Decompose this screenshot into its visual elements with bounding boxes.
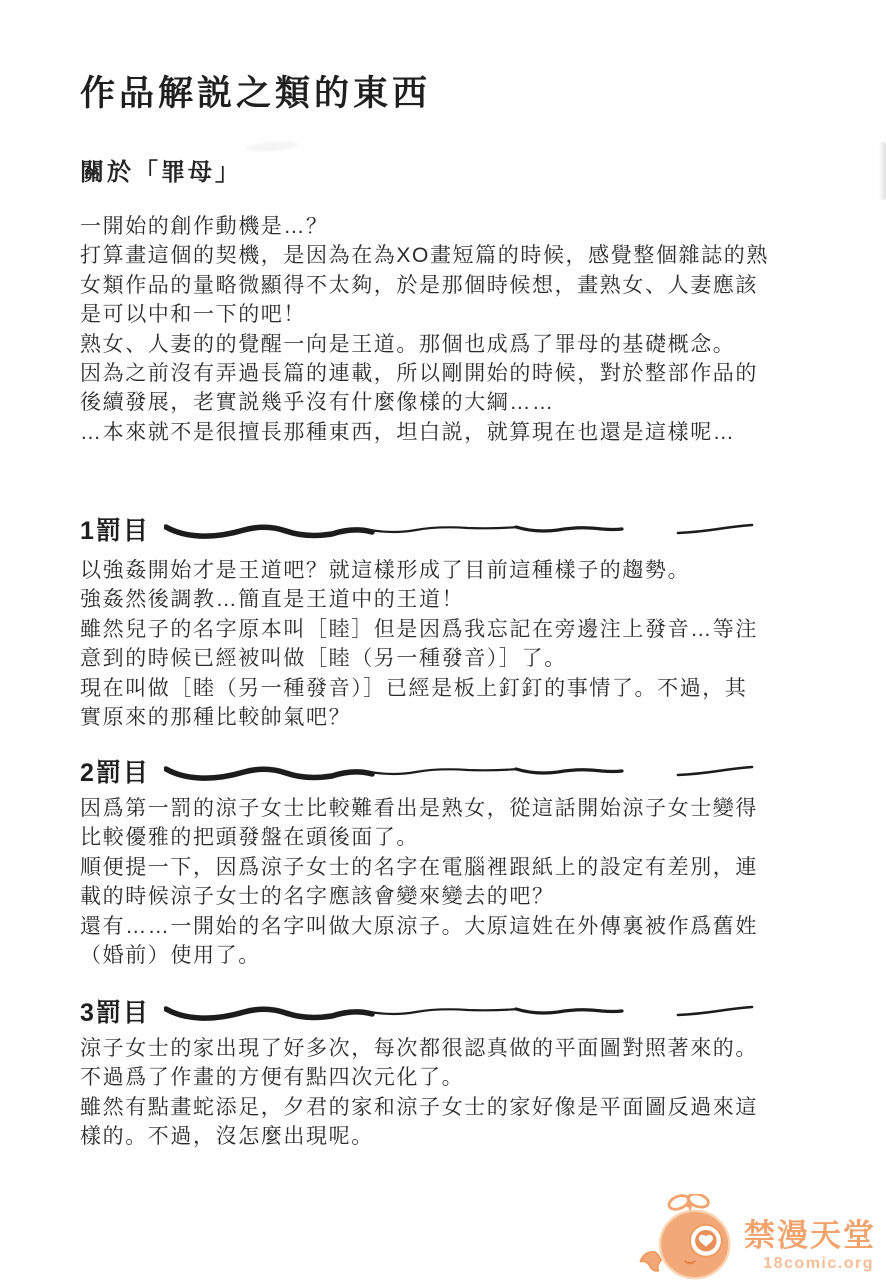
hand-drawn-rule-short (676, 521, 754, 537)
scan-edge-artifact (879, 142, 886, 200)
watermark-site-url: 18comic.org (763, 1254, 876, 1274)
text-line: 不過爲了作畫的方便有點四次元化了。 (80, 1063, 832, 1092)
text-line: 強姦然後調教…簡直是王道中的王道！ (80, 585, 832, 614)
hand-drawn-rule-short (676, 763, 754, 779)
text-line: 一開始的創作動機是…？ (80, 212, 832, 241)
hand-drawn-rule (164, 760, 624, 782)
text-line: 意到的時候已經被叫做［睦（另一種發音）］了。 (80, 644, 832, 673)
section-body-1: 以強姦開始才是王道吧？就這樣形成了目前這種樣子的趨勢。 強姦然後調教…簡直是王道… (80, 556, 832, 732)
text-line: 順便提一下，因爲涼子女士的名字在電腦裡跟紙上的設定有差別，連 (80, 853, 832, 882)
scanned-afterword-page: 作品解説之類的東西 關於「罪母」 一開始的創作動機是…？ 打算畫這個的契機，是因… (0, 0, 886, 1280)
watermark-site-name: 禁漫天堂 (744, 1219, 876, 1253)
section-body-3: 涼子女士的家出現了好多次，每次都很認真做的平面圖對照著來的。 不過爲了作畫的方便… (80, 1034, 832, 1152)
intro-paragraph: 一開始的創作動機是…？ 打算畫這個的契機，是因為在為XO畫短篇的時候，感覺整個雜… (80, 212, 832, 447)
section-body-2: 因爲第一罰的涼子女士比較難看出是熟女，從這話開始涼子女士變得 比較優雅的把頭發盤… (80, 794, 832, 970)
text-line: 後續發展，老實説幾乎沒有什麼像樣的大綱…… (80, 388, 832, 417)
text-line: 雖然有點畫蛇添足，夕君的家和涼子女士的家好像是平面圖反過來這 (80, 1093, 832, 1122)
site-watermark: 禁漫天堂 18comic.org (638, 1192, 880, 1280)
scan-artifact (246, 140, 299, 153)
text-line: 還有……一開始的名字叫做大原涼子。大原這姓在外傳裏被作爲舊姓 (80, 912, 832, 941)
text-line: …本來就不是很擅長那種東西，坦白説，就算現在也還是這樣呢… (80, 418, 832, 447)
hand-drawn-rule (164, 518, 624, 540)
text-line: 因為之前沒有弄過長篇的連載，所以剛開始的時候，對於整部作品的 (80, 359, 832, 388)
text-line: 以強姦開始才是王道吧？就這樣形成了目前這種樣子的趨勢。 (80, 556, 832, 585)
text-line: 載的時候涼子女士的名字應該會變來變去的吧？ (80, 882, 832, 911)
section-heading-1: 1罰目 (80, 512, 840, 546)
text-line: 現在叫做［睦（另一種發音）］已經是板上釘釘的事情了。不過，其 (80, 674, 832, 703)
section-heading-3: 3罰目 (80, 994, 840, 1028)
section-label: 1罰目 (80, 511, 150, 547)
text-line: 是可以中和一下的吧！ (80, 300, 832, 329)
section-heading-2: 2罰目 (80, 754, 840, 788)
section-label: 3罰目 (80, 993, 150, 1029)
hand-drawn-rule (164, 1000, 624, 1022)
hand-drawn-rule-short (676, 1003, 754, 1019)
text-line: 樣的。不過，沒怎麼出現呢。 (80, 1122, 832, 1151)
text-line: 女類作品的量略微顯得不太夠，於是那個時候想，畫熟女、人妻應該 (80, 271, 832, 300)
text-line: 雖然兒子的名字原本叫［睦］但是因爲我忘記在旁邊注上發音…等注 (80, 615, 832, 644)
section-label: 2罰目 (80, 753, 150, 789)
text-line: 實原來的那種比較帥氣吧？ (80, 703, 832, 732)
page-title: 作品解説之類的東西 (80, 66, 431, 116)
text-line: 涼子女士的家出現了好多次，每次都很認真做的平面圖對照著來的。 (80, 1034, 832, 1063)
page-subtitle: 關於「罪母」 (80, 152, 242, 187)
jm-whale-mascot-icon (638, 1194, 742, 1280)
text-line: 比較優雅的把頭發盤在頭後面了。 (80, 823, 832, 852)
text-line: 熟女、人妻的的覺醒一向是王道。那個也成爲了罪母的基礎概念。 (80, 330, 832, 359)
text-line: （婚前）使用了。 (80, 941, 832, 970)
text-line: 打算畫這個的契機，是因為在為XO畫短篇的時候，感覺整個雜誌的熟 (80, 241, 832, 270)
text-line: 因爲第一罰的涼子女士比較難看出是熟女，從這話開始涼子女士變得 (80, 794, 832, 823)
